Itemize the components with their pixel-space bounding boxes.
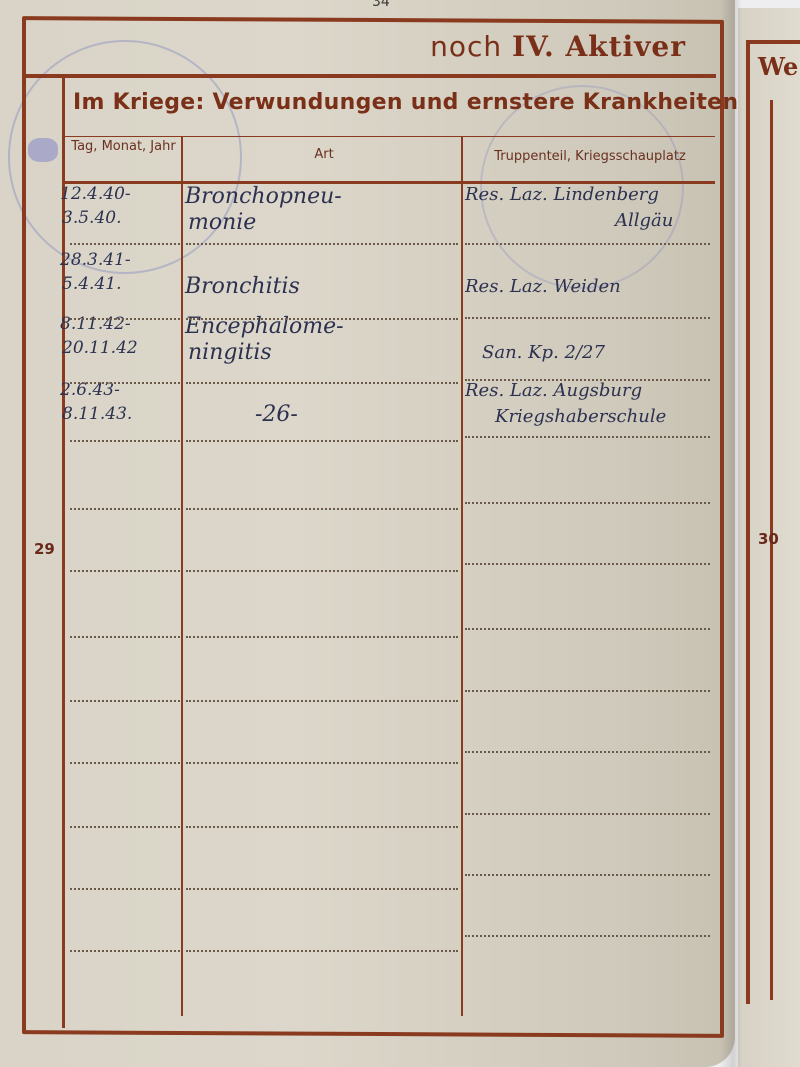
entry-unit-line2: Allgäu [615,210,673,231]
ruled-line [465,935,710,937]
ruled-line [186,440,458,442]
ruled-line [70,888,180,890]
ruled-line [186,700,458,702]
ruled-line [70,318,180,320]
ruled-line [465,317,710,319]
entry-unit-line2: Kriegshaberschule [495,406,666,427]
form-title: noch IV. Aktiver [430,30,686,63]
ruled-line [186,826,458,828]
entry-date-to: 5.4.41. [62,274,121,294]
section-heading: Im Kriege: Verwundungen und ernstere Kra… [73,90,738,115]
ruled-line [465,628,710,630]
ruled-line [70,440,180,442]
ruled-line [186,762,458,764]
ruled-line [70,950,180,952]
entry-art-line1: Bronchitis [185,274,300,299]
entry-date-from: 8.11.42- [60,314,131,334]
column-divider [181,136,183,1016]
entry-art-line2: monie [188,210,256,235]
entry-unit-line1: Res. Laz. Lindenberg [465,184,659,205]
ruled-line [465,379,710,381]
column-header-date: Tag, Monat, Jahr [65,139,182,154]
ruled-line [70,508,180,510]
right-page-divider [770,100,773,1000]
ruled-line [465,243,710,245]
right-page-frame [746,40,800,1004]
top-page-number: 34 [372,0,390,10]
ruled-line [465,751,710,753]
ruled-line [186,318,458,320]
ruled-line [70,762,180,764]
right-page-title: We [758,52,798,81]
ruled-line [465,813,710,815]
title-band: noch IV. Aktiver [26,22,716,78]
ruled-line [465,436,710,438]
ruled-line [465,874,710,876]
entry-date-to: 20.11.42 [62,338,138,358]
column-header-row: Tag, Monat, Jahr Art Truppenteil, Kriegs… [65,136,715,184]
ruled-line [465,502,710,504]
ruled-line [186,508,458,510]
column-header-unit: Truppenteil, Kriegsschauplatz [465,149,715,164]
ruled-line [70,570,180,572]
entry-unit-line1: Res. Laz. Augsburg [465,380,642,401]
entry-date-to: 8.11.43. [62,404,132,424]
column-divider [461,136,463,1016]
title-main: IV. Aktiver [512,30,686,63]
ruled-line [186,888,458,890]
ruled-line [186,950,458,952]
ruled-line [70,826,180,828]
ruled-line [70,636,180,638]
entry-art-line1: -26- [255,402,298,427]
ruled-line [465,563,710,565]
ruled-line [70,700,180,702]
right-side-number: 30 [758,530,779,548]
ruled-line [186,243,458,245]
entry-unit-line1: Res. Laz. Weiden [465,276,621,297]
entry-art-line2: ningitis [188,340,272,365]
title-prefix: noch [430,30,502,63]
entry-art-line1: Bronchopneu- [185,184,342,209]
ruled-line [70,243,180,245]
entry-date-from: 12.4.40- [60,184,131,204]
ruled-line [186,636,458,638]
entry-unit-line1: San. Kp. 2/27 [482,342,605,363]
ruled-line [186,382,458,384]
ruled-line [70,382,180,384]
ruled-line [186,570,458,572]
entry-date-to: 3.5.40. [62,208,121,228]
column-header-art: Art [185,147,463,162]
left-side-number: 29 [34,540,55,558]
entry-date-from: 28.3.41- [60,250,131,270]
ruled-line [465,690,710,692]
